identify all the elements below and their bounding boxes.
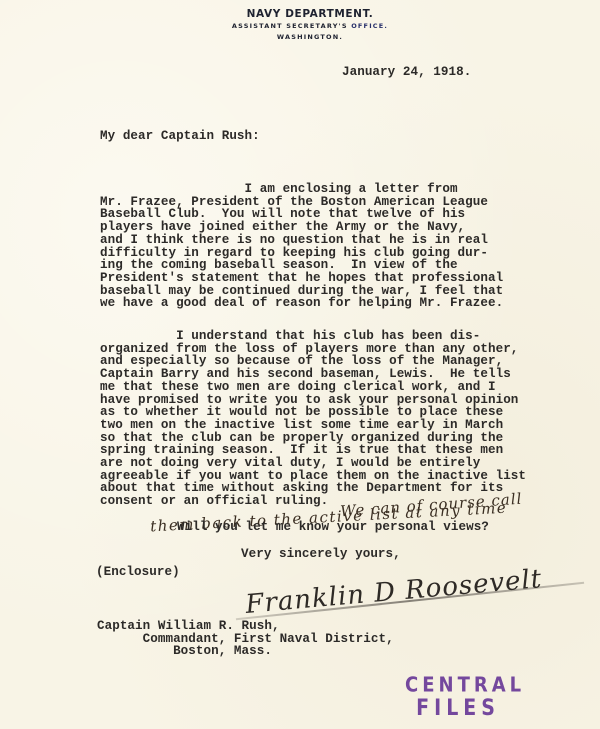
salutation: My dear Captain Rush: bbox=[100, 130, 260, 143]
central-files-stamp: CENTRAL FILES bbox=[405, 675, 525, 719]
letterhead-office-title: ASSISTANT SECRETARY'S bbox=[232, 22, 348, 30]
letterhead-office: ASSISTANT SECRETARY'S OFFICE. bbox=[20, 21, 600, 32]
letter-date: January 24, 1918. bbox=[342, 66, 471, 79]
addressee-block: Captain William R. Rush, Commandant, Fir… bbox=[97, 620, 394, 658]
letterhead-city: WASHINGTON. bbox=[20, 32, 600, 42]
valediction: Very sincerely yours, bbox=[241, 548, 401, 561]
body-paragraph-1: I am enclosing a letter from Mr. Frazee,… bbox=[100, 183, 503, 310]
stamp-line-2: FILES bbox=[391, 695, 525, 720]
letterhead: NAVY DEPARTMENT. ASSISTANT SECRETARY'S O… bbox=[0, 8, 600, 42]
enclosure-note: (Enclosure) bbox=[96, 566, 180, 579]
letterhead-department: NAVY DEPARTMENT. bbox=[20, 8, 600, 21]
closing-question: Will you let me know your personal views… bbox=[177, 521, 489, 534]
letterhead-office-word: OFFICE. bbox=[351, 22, 388, 30]
body-paragraph-2: I understand that his club has been dis-… bbox=[100, 330, 526, 508]
